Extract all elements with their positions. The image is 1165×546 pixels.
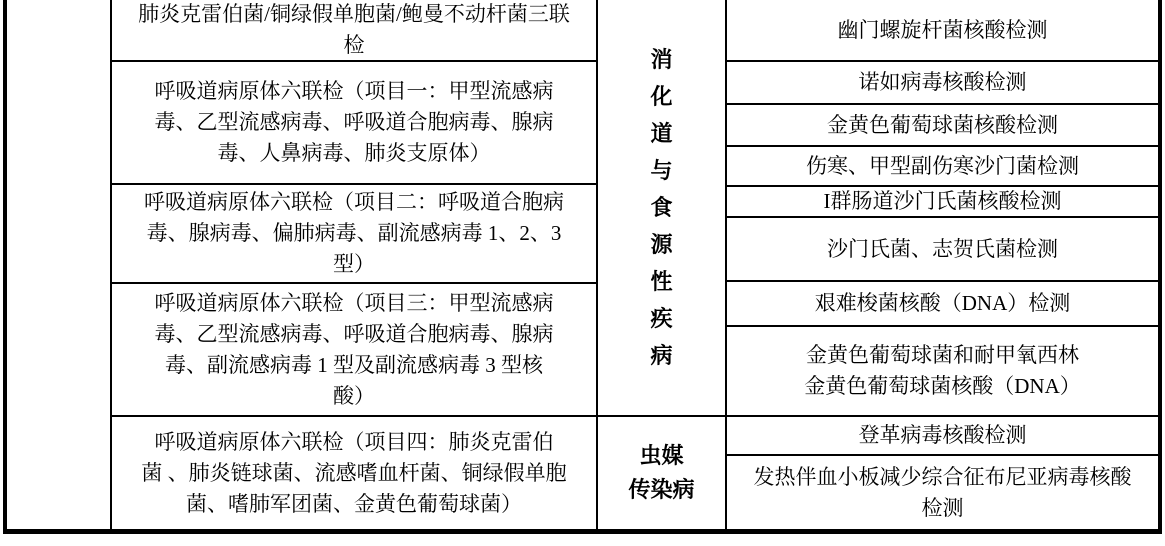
digestive-test-cell: 沙门氏菌、志贺氏菌检测 xyxy=(727,218,1158,282)
respiratory-tests-column: 肺炎克雷伯菌/铜绿假单胞菌/鲍曼不动杆菌三联 检 呼吸道病原体六联检（项目一：甲… xyxy=(112,0,598,529)
digestive-test-cell: 伤寒、甲型副伤寒沙门菌检测 xyxy=(727,147,1158,187)
digestive-test-cell: 幽门螺旋杆菌核酸检测 xyxy=(727,0,1158,62)
blank-cell xyxy=(7,0,110,529)
digestive-test-cell: 金黄色葡萄球菌核酸检测 xyxy=(727,105,1158,147)
respiratory-test-cell: 呼吸道病原体六联检（项目一：甲型流感病 毒、乙型流感病毒、呼吸道合胞病毒、腺病 … xyxy=(112,62,596,185)
category-cell-digestive-foodborne: 消 化 道 与 食 源 性 疾 病 xyxy=(598,0,725,417)
respiratory-test-cell: 呼吸道病原体六联检（项目三：甲型流感病 毒、乙型流感病毒、呼吸道合胞病毒、腺病 … xyxy=(112,284,596,417)
vector-borne-test-cell: 登革病毒核酸检测 xyxy=(727,417,1158,456)
category-column: 消 化 道 与 食 源 性 疾 病 虫媒 传染病 xyxy=(598,0,727,529)
right-tests-column: 幽门螺旋杆菌核酸检测 诺如病毒核酸检测 金黄色葡萄球菌核酸检测 伤寒、甲型副伤寒… xyxy=(727,0,1158,529)
respiratory-test-cell: 肺炎克雷伯菌/铜绿假单胞菌/鲍曼不动杆菌三联 检 xyxy=(112,0,596,62)
digestive-test-cell: 诺如病毒核酸检测 xyxy=(727,62,1158,105)
vector-borne-test-cell: 发热伴血小板减少综合征布尼亚病毒核酸 检测 xyxy=(727,456,1158,529)
digestive-test-cell: 艰难梭菌核酸（DNA）检测 xyxy=(727,282,1158,327)
document-page: 肺炎克雷伯菌/铜绿假单胞菌/鲍曼不动杆菌三联 检 呼吸道病原体六联检（项目一：甲… xyxy=(0,0,1165,546)
digestive-test-cell: 金黄色葡萄球菌和耐甲氧西林 金黄色葡萄球菌核酸（DNA） xyxy=(727,327,1158,417)
respiratory-test-cell: 呼吸道病原体六联检（项目二：呼吸道合胞病 毒、腺病毒、偏肺病毒、副流感病毒 1、… xyxy=(112,185,596,284)
blank-column xyxy=(7,0,112,529)
respiratory-test-cell: 呼吸道病原体六联检（项目四：肺炎克雷伯 菌 、肺炎链球菌、流感嗜血杆菌、铜绿假单… xyxy=(112,417,596,529)
category-cell-vector-borne: 虫媒 传染病 xyxy=(598,417,725,529)
test-catalog-table: 肺炎克雷伯菌/铜绿假单胞菌/鲍曼不动杆菌三联 检 呼吸道病原体六联检（项目一：甲… xyxy=(3,0,1162,534)
digestive-test-cell: I群肠道沙门氏菌核酸检测 xyxy=(727,187,1158,218)
